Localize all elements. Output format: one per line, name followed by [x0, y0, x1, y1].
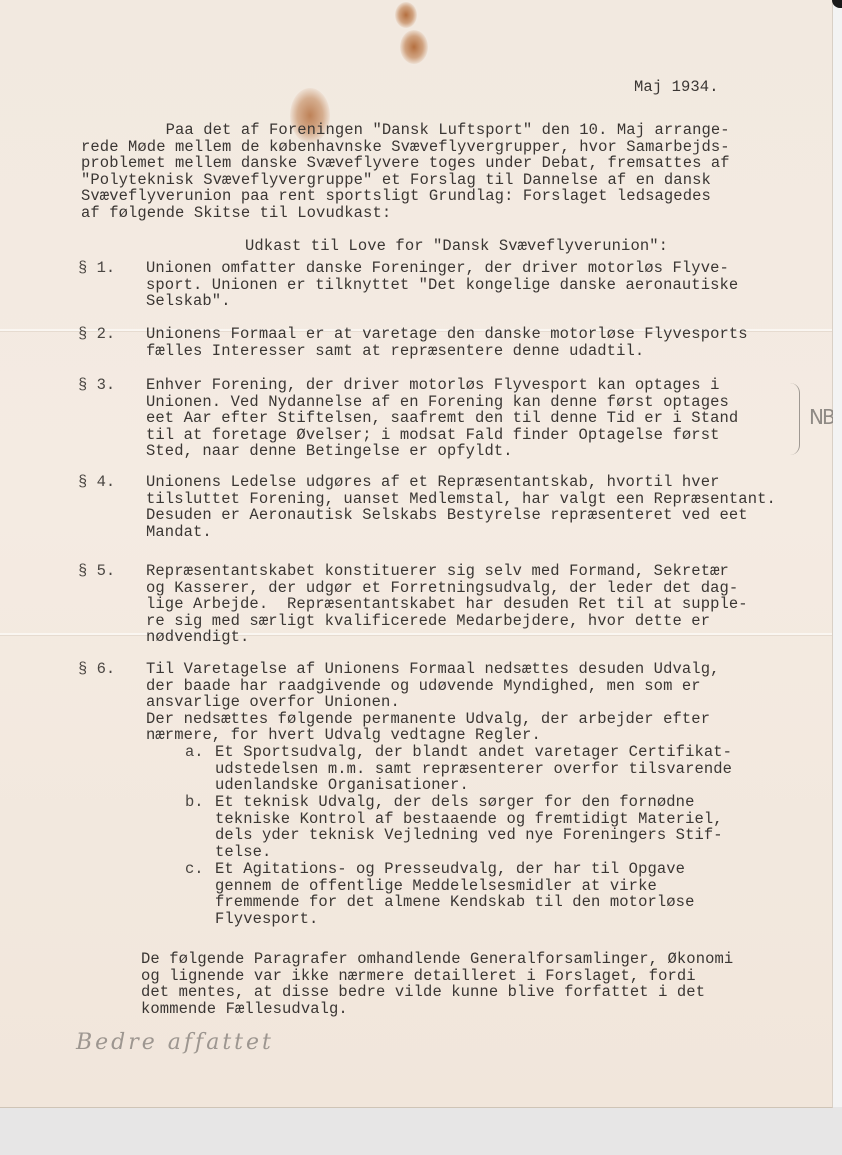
- committee-letter: c.: [185, 861, 204, 878]
- document-date: Maj 1934.: [634, 79, 719, 96]
- paragraph-text: Unionens Formaal er at varetage den dans…: [146, 326, 748, 359]
- paragraph-number: § 5.: [78, 563, 115, 580]
- margin-bracket: [787, 383, 800, 455]
- paragraph-number: § 2.: [78, 326, 115, 343]
- paragraph-text: Repræsentantskabet konstituerer sig selv…: [146, 563, 748, 646]
- committee-text: Et Sportsudvalg, der blandt andet vareta…: [215, 744, 732, 794]
- paragraph-number: § 3.: [78, 377, 115, 394]
- paragraph-number: § 1.: [78, 260, 115, 277]
- margin-note-nb: NB: [809, 405, 834, 429]
- handwritten-note: Bedre affattet: [76, 1030, 274, 1055]
- committee-letter: a.: [185, 744, 204, 761]
- committee-letter: b.: [185, 794, 204, 811]
- stain: [395, 2, 417, 28]
- scan-background: [833, 0, 842, 1107]
- paragraph-text: Enhver Forening, der driver motorløs Fly…: [146, 377, 738, 460]
- closing-paragraph: De følgende Paragrafer omhandlende Gener…: [141, 951, 733, 1017]
- draft-heading: Udkast til Love for "Dansk Svæveflyverun…: [245, 238, 668, 255]
- committee-text: Et teknisk Udvalg, der dels sørger for d…: [215, 794, 723, 860]
- paragraph-text: Unionens Ledelse udgøres af et Repræsent…: [146, 474, 776, 540]
- stain: [400, 30, 428, 64]
- paragraph-text: Til Varetagelse af Unionens Formaal neds…: [146, 661, 720, 744]
- paragraph-text: Unionen omfatter danske Foreninger, der …: [146, 260, 738, 310]
- committee-text: Et Agitations- og Presseudvalg, der har …: [215, 861, 694, 927]
- intro-paragraph: Paa det af Foreningen "Dansk Luftsport" …: [81, 122, 730, 221]
- paragraph-number: § 4.: [78, 474, 115, 491]
- document-page: Maj 1934. Paa det af Foreningen "Dansk L…: [0, 0, 833, 1108]
- paragraph-number: § 6.: [78, 661, 115, 678]
